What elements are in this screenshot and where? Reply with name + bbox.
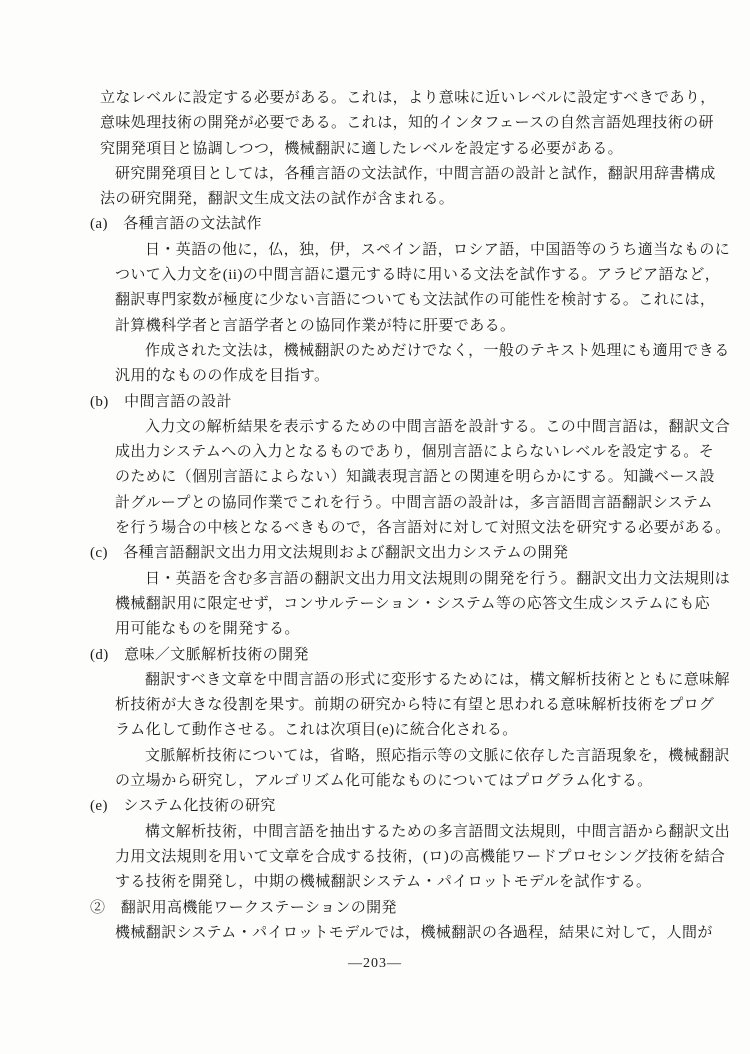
text-line: 立なレベルに設定する必要がある。これは，より意味に近いレベルに設定すべきであり，	[90, 86, 710, 111]
text-line: 析技術が大きな役割を果す。前期の研究から特に有望と思われる意味解析技術をプログ	[90, 693, 710, 718]
document-body: 立なレベルに設定する必要がある。これは，より意味に近いレベルに設定すべきであり，…	[90, 86, 710, 946]
text-line: 機械翻訳システム・パイロットモデルでは，機械翻訳の各過程，結果に対して，人間が	[90, 921, 710, 946]
text-line: 構文解析技術，中間言語を抽出するための多言語間文法規則，中間言語から翻訳文出	[90, 820, 710, 845]
text-line: 力用文法規則を用いて文章を合成する技術，(ロ)の高機能ワードプロセシング技術を結…	[90, 845, 710, 870]
text-line: (d) 意味／文脈解析技術の開発	[90, 643, 710, 668]
text-line: 意味処理技術の開発が必要である。これは，知的インタフェースの自然言語処理技術の研	[90, 111, 710, 136]
text-line: 計算機科学者と言語学者との協同作業が特に肝要である。	[90, 314, 710, 339]
text-line: (b) 中間言語の設計	[90, 390, 710, 415]
page-number: —203—	[0, 956, 750, 972]
text-line: 究開発項目と協調しつつ，機械翻訳に適したレベルを設定する必要がある。	[90, 137, 710, 162]
text-line: の立場から研究し，アルゴリズム化可能なものについてはプログラム化する。	[90, 769, 710, 794]
text-line: 翻訳すべき文章を中間言語の形式に変形するためには，構文解析技術とともに意味解	[90, 668, 710, 693]
text-line: 作成された文法は，機械翻訳のためだけでなく，一般のテキスト処理にも適用できる	[90, 339, 710, 364]
text-line: 翻訳専門家数が極度に少ない言語についても文法試作の可能性を検討する。これには，	[90, 288, 710, 313]
scan-noise-speck	[600, 250, 603, 253]
text-line: 日・英語を含む多言語の翻訳文出力用文法規則の開発を行う。翻訳文出力文法規則は	[90, 567, 710, 592]
text-line: (c) 各種言語翻訳文出力用文法規則および翻訳文出力システムの開発	[90, 541, 710, 566]
text-line: 用可能なものを開発する。	[90, 617, 710, 642]
scan-noise-speck	[436, 168, 439, 171]
text-line: 法の研究開発，翻訳文生成文法の試作が含まれる。	[90, 187, 710, 212]
text-line: ② 翻訳用高機能ワークステーションの開発	[90, 896, 710, 921]
text-line: (e) システム化技術の研究	[90, 794, 710, 819]
text-line: 汎用的なものの作成を目指す。	[90, 364, 710, 389]
text-line: 研究開発項目としては，各種言語の文法試作，中間言語の設計と試作，翻訳用辞書構成	[90, 162, 710, 187]
text-line: のために（個別言語によらない）知識表現言語との関連を明らかにする。知識ベース設	[90, 465, 710, 490]
text-line: 計グループとの協同作業でこれを行う。中間言語の設計は，多言語間言語翻訳システム	[90, 491, 710, 516]
text-line: する技術を開発し，中期の機械翻訳システム・パイロットモデルを試作する。	[90, 870, 710, 895]
text-line: を行う場合の中核となるべきもので，各言語対に対して対照文法を研究する必要がある。	[90, 516, 710, 541]
text-line: ラム化して動作させる。これは次項目(e)に統合化される。	[90, 718, 710, 743]
text-line: ついて入力文を(ii)の中間言語に還元する時に用いる文法を試作する。アラビア語な…	[90, 263, 710, 288]
text-line: 日・英語の他に，仏，独，伊，スペイン語，ロシア語，中国語等のうち適当なものに	[90, 238, 710, 263]
text-line: (a) 各種言語の文法試作	[90, 212, 710, 237]
text-line: 文脈解析技術については，省略，照応指示等の文脈に依存した言語現象を，機械翻訳	[90, 744, 710, 769]
text-line: 入力文の解析結果を表示するための中間言語を設計する。この中間言語は，翻訳文合	[90, 415, 710, 440]
text-line: 成出力システムへの入力となるものであり，個別言語によらないレベルを設定する。そ	[90, 440, 710, 465]
document-page: 立なレベルに設定する必要がある。これは，より意味に近いレベルに設定すべきであり，…	[0, 0, 750, 1054]
text-line: 機械翻訳用に限定せず，コンサルテーション・システム等の応答文生成システムにも応	[90, 592, 710, 617]
